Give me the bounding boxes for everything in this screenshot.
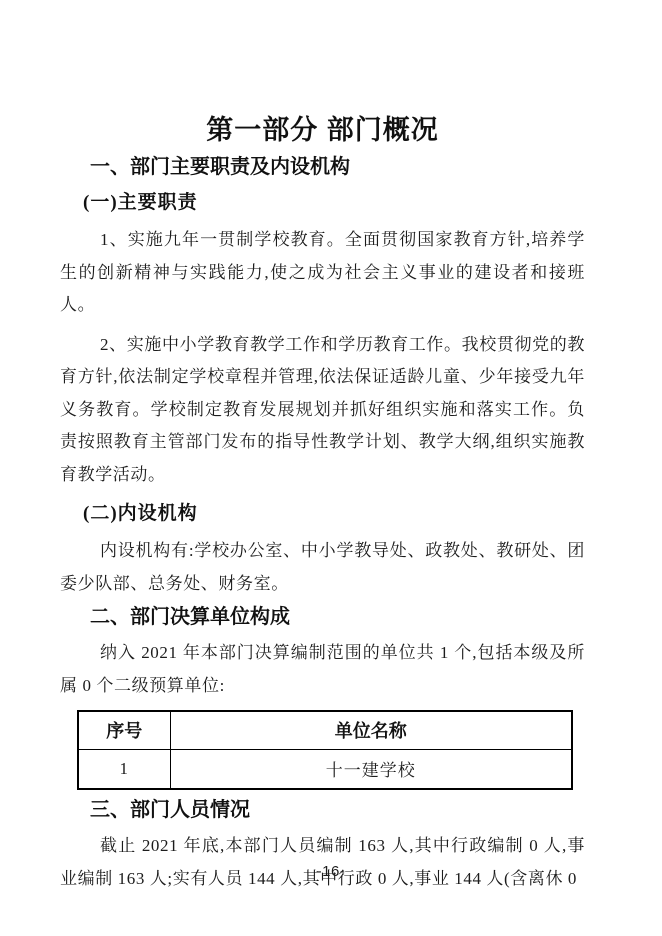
table-header-row: 序号 单位名称 bbox=[78, 711, 572, 749]
section-1-heading: 一、部门主要职责及内设机构 bbox=[60, 154, 585, 180]
paragraph-main-duty-1: 1、实施九年一贯制学校教育。全面贯彻国家教育方针,培养学生的创新精神与实践能力,… bbox=[60, 224, 585, 322]
table-cell-unit-name: 十一建学校 bbox=[170, 749, 572, 789]
paragraph-main-duty-2: 2、实施中小学教育教学工作和学历教育工作。我校贯彻党的教育方针,依法制定学校章程… bbox=[60, 329, 585, 492]
table-cell-seq-no: 1 bbox=[78, 749, 170, 789]
table-header-seq-no: 序号 bbox=[78, 711, 170, 749]
subsection-1-2-heading: (二)内设机构 bbox=[60, 500, 585, 528]
page-number: -16- bbox=[0, 863, 662, 880]
document-page: 第一部分 部门概况 一、部门主要职责及内设机构 (一)主要职责 1、实施九年一贯… bbox=[0, 0, 662, 936]
section-3-heading: 三、部门人员情况 bbox=[60, 797, 585, 823]
paragraph-budget-units-intro: 纳入 2021 年本部门决算编制范围的单位共 1 个,包括本级及所属 0 个二级… bbox=[60, 637, 585, 702]
section-2-heading: 二、部门决算单位构成 bbox=[60, 604, 585, 630]
document-title: 第一部分 部门概况 bbox=[60, 110, 585, 150]
table-row: 1 十一建学校 bbox=[78, 749, 572, 789]
subsection-1-1-heading: (一)主要职责 bbox=[60, 189, 585, 217]
table-header-unit-name: 单位名称 bbox=[170, 711, 572, 749]
paragraph-internal-orgs: 内设机构有:学校办公室、中小学教导处、政教处、教研处、团委少队部、总务处、财务室… bbox=[60, 535, 585, 600]
budget-units-table: 序号 单位名称 1 十一建学校 bbox=[77, 710, 573, 790]
